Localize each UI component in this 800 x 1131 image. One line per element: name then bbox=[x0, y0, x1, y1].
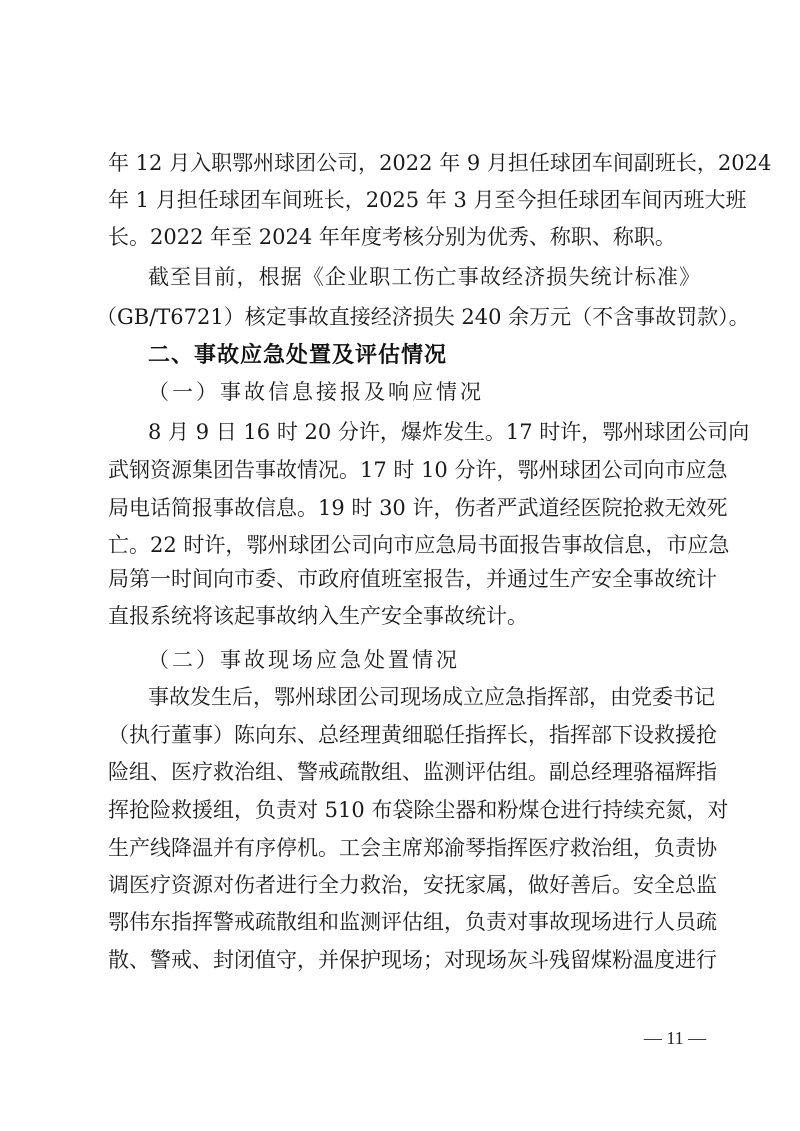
body-text-line: 调医疗资源对伤者进行全力救治，安抚家属，做好善后。安全总监 bbox=[108, 870, 700, 900]
body-text-line: 局电话简报事故信息。19 时 30 许，伤者严武道经医院抢救无效死 bbox=[108, 493, 700, 523]
body-text-line: 生产线降温并有序停机。工会主席郑渝琴指挥医疗救治组，负责协 bbox=[108, 833, 700, 863]
body-text-line: （GB/T6721）核定事故直接经济损失 240 余万元（不含事故罚款）。 bbox=[96, 302, 708, 332]
body-text-line: 年 1 月担任球团车间班长，2025 年 3 月至今担任球团车间丙班大班 bbox=[108, 185, 700, 215]
body-text-line: 挥抢险救援组，负责对 510 布袋除尘器和粉煤仓进行持续充氮，对 bbox=[108, 795, 700, 825]
body-text-line: 长。2022 年至 2024 年年度考核分别为优秀、称职、称职。 bbox=[108, 222, 700, 252]
body-text-line: 亡。22 时许，鄂州球团公司向市应急局书面报告事故信息，市应急 bbox=[108, 530, 700, 560]
body-text-line: 散、警戒、封闭值守，并保护现场；对现场灰斗残留煤粉温度进行 bbox=[108, 945, 700, 975]
body-text-line: 险组、医疗救治组、警戒疏散组、监测评估组。副总经理骆福辉指 bbox=[108, 757, 700, 787]
subsection-heading: （二）事故现场应急处置情况 bbox=[148, 645, 460, 675]
body-text-line: 直报系统将该起事故纳入生产安全事故统计。 bbox=[108, 601, 700, 631]
body-text-line: 鄂伟东指挥警戒疏散组和监测评估组，负责对事故现场进行人员疏 bbox=[108, 907, 700, 937]
subsection-heading: （一）事故信息接报及响应情况 bbox=[148, 377, 484, 407]
body-text-line: 武钢资源集团告事故情况。17 时 10 分许，鄂州球团公司向市应急 bbox=[108, 455, 700, 485]
body-text-line: 截至目前，根据《企业职工伤亡事故经济损失统计标准》 bbox=[148, 262, 700, 292]
body-text-line: 事故发生后，鄂州球团公司现场成立应急指挥部，由党委书记 bbox=[148, 682, 700, 712]
document-page: 年 12 月入职鄂州球团公司，2022 年 9 月担任球团车间副班长，2024 … bbox=[0, 0, 800, 1131]
section-heading: 二、事故应急处置及评估情况 bbox=[148, 341, 447, 371]
page-number: — 11 — bbox=[640, 1026, 710, 1050]
body-text-line: 局第一时间向市委、市政府值班室报告，并通过生产安全事故统计 bbox=[108, 564, 700, 594]
body-text-line: （执行董事）陈向东、总经理黄细聪任指挥长，指挥部下设救援抢 bbox=[108, 720, 700, 750]
body-text-line: 年 12 月入职鄂州球团公司，2022 年 9 月担任球团车间副班长，2024 bbox=[108, 148, 700, 178]
body-text-line: 8 月 9 日 16 时 20 分许，爆炸发生。17 时许，鄂州球团公司向 bbox=[148, 417, 700, 447]
